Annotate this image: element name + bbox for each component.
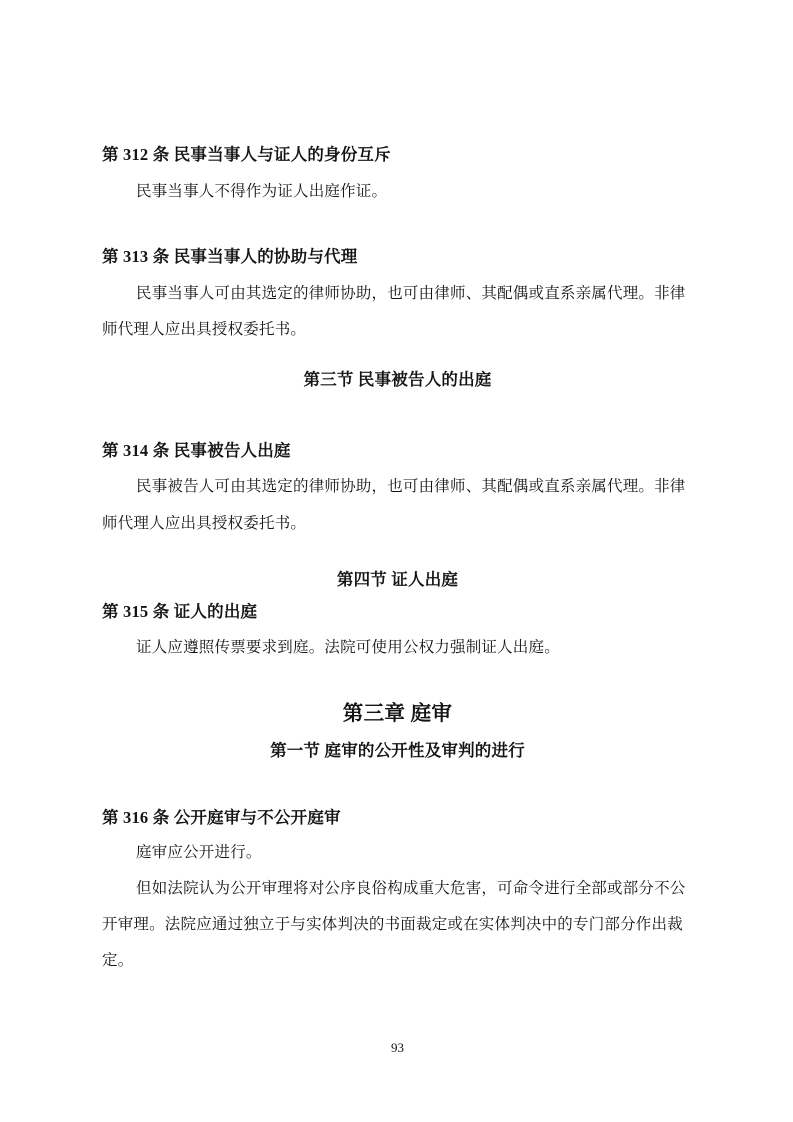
article-315-heading: 第 315 条 证人的出庭 <box>102 602 693 622</box>
article-315-body-line: 证人应遵照传票要求到庭。法院可使用公权力强制证人出庭。 <box>102 638 693 657</box>
article-312-body-line: 民事当事人不得作为证人出庭作证。 <box>102 182 693 201</box>
section-4-heading: 第四节 证人出庭 <box>102 570 693 590</box>
article-316-para2-line: 定。 <box>102 951 693 970</box>
article-312-heading: 第 312 条 民事当事人与证人的身份互斥 <box>102 145 693 165</box>
article-314-body-line: 师代理人应出具授权委托书。 <box>102 514 693 533</box>
article-314-heading: 第 314 条 民事被告人出庭 <box>102 441 693 461</box>
section-1-heading: 第一节 庭审的公开性及审判的进行 <box>102 741 693 761</box>
article-313-body-line: 师代理人应出具授权委托书。 <box>102 320 693 339</box>
article-314-body-line: 民事被告人可由其选定的律师协助，也可由律师、其配偶或直系亲属代理。非律 <box>102 477 693 496</box>
page-number: 93 <box>102 1040 693 1056</box>
article-316-para1-line: 庭审应公开进行。 <box>102 843 693 862</box>
document-page: 第 312 条 民事当事人与证人的身份互斥 民事当事人不得作为证人出庭作证。 第… <box>0 0 793 1122</box>
article-313-body-line: 民事当事人可由其选定的律师协助，也可由律师、其配偶或直系亲属代理。非律 <box>102 284 693 303</box>
article-313-heading: 第 313 条 民事当事人的协助与代理 <box>102 247 693 267</box>
article-316-para2-line: 开审理。法院应通过独立于与实体判决的书面裁定或在实体判决中的专门部分作出裁 <box>102 915 693 934</box>
article-316-para2-line: 但如法院认为公开审理将对公序良俗构成重大危害，可命令进行全部或部分不公 <box>102 879 693 898</box>
section-3-heading: 第三节 民事被告人的出庭 <box>102 370 693 390</box>
chapter-3-heading: 第三章 庭审 <box>102 702 693 726</box>
article-316-heading: 第 316 条 公开庭审与不公开庭审 <box>102 808 693 828</box>
